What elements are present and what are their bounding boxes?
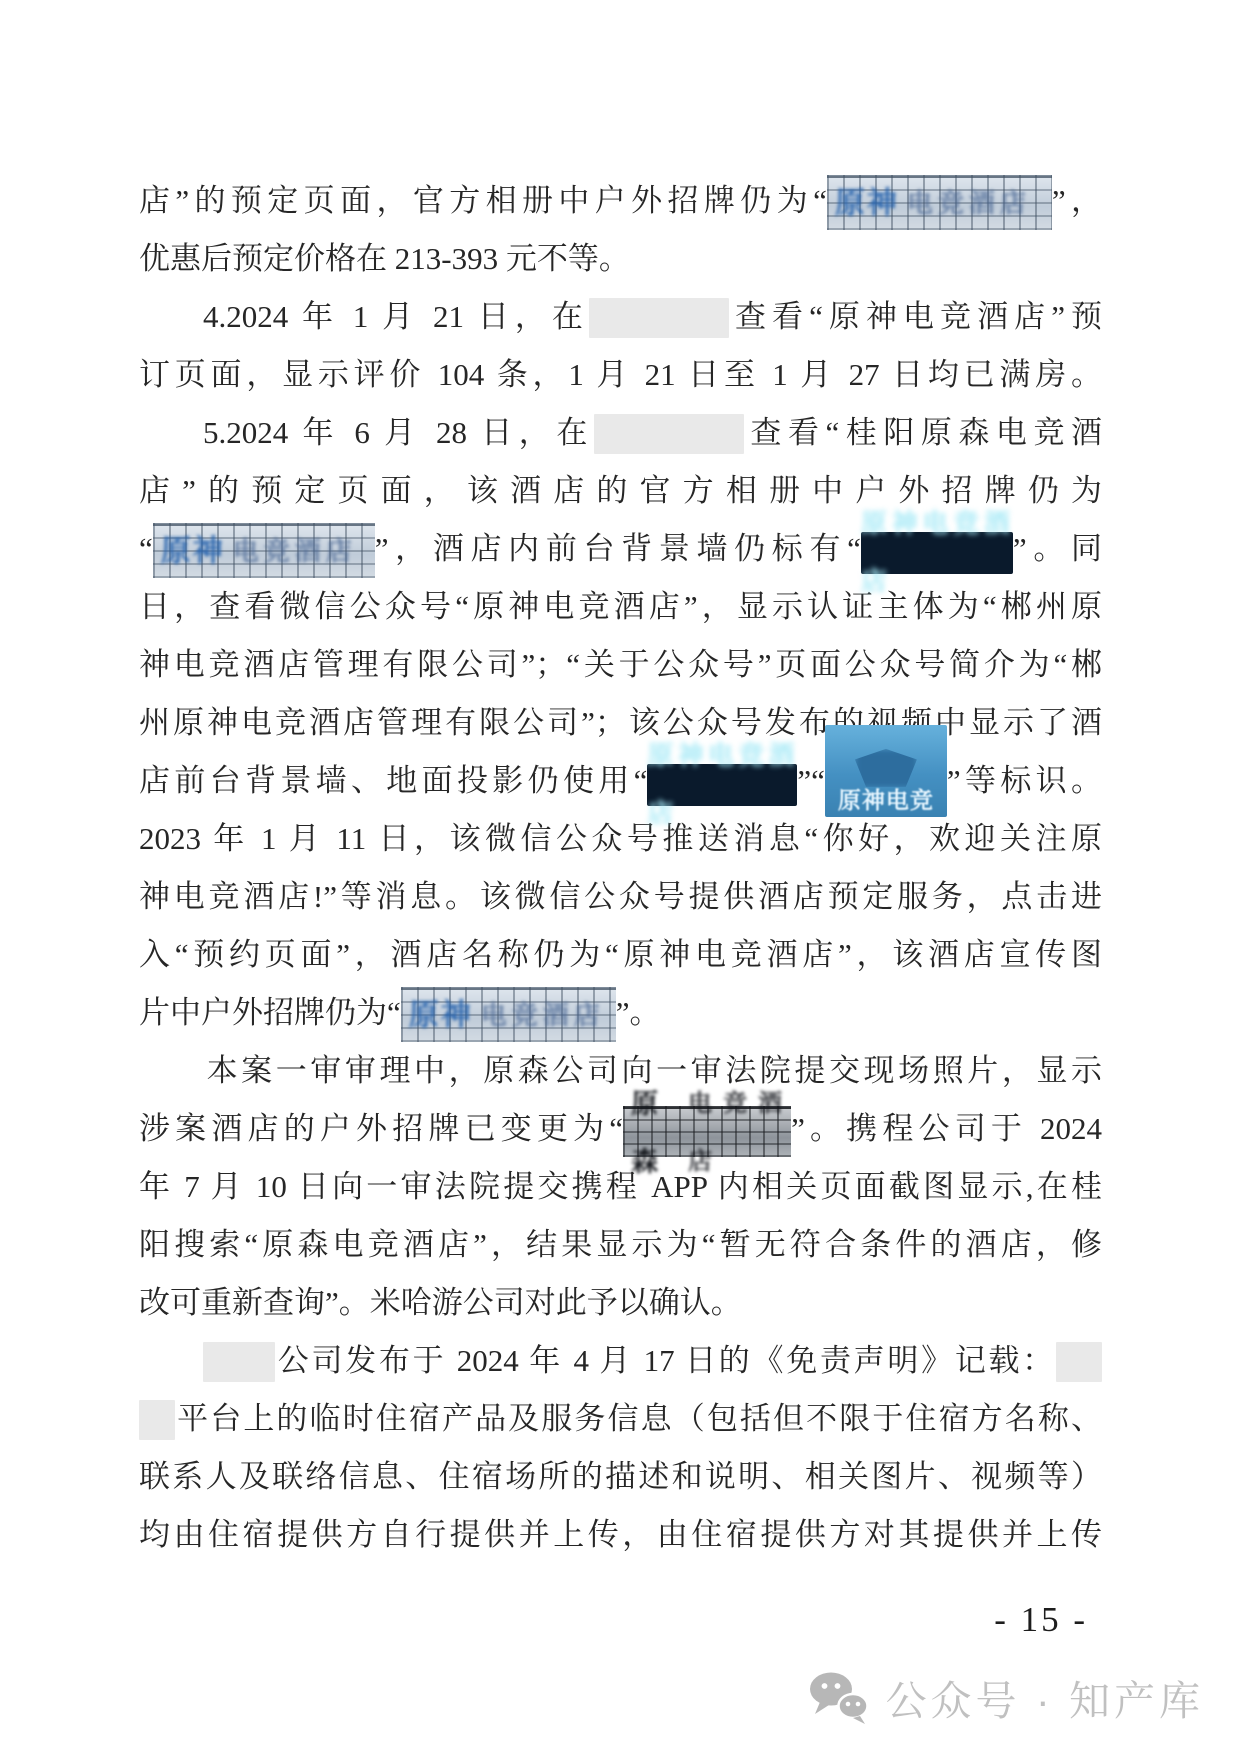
line-text: 年 7 月 10 日向一审法院提交携程 APP 内相关页面截图显示,在桂 xyxy=(139,1169,1102,1204)
line-text: ”， xyxy=(1052,183,1102,218)
line-text: 改可重新查询”。米哈游公司对此予以确认。 xyxy=(139,1285,742,1320)
text-line: 州原神电竞酒店管理有限公司”；该公众号发布的视频中显示了酒 xyxy=(139,694,1102,752)
text-line: 涉案酒店的户外招牌已变更为“原森电竞酒店”。携程公司于 2024 xyxy=(139,1100,1102,1158)
line-text: 联系人及联络信息、住宿场所的描述和说明、相关图片、视频等） xyxy=(139,1459,1102,1494)
line-text: 神电竞酒店!”等消息。该微信公众号提供酒店预定服务，点击进 xyxy=(139,879,1102,914)
text-line: 神电竞酒店管理有限公司”；“关于公众号”页面公众号简介为“郴 xyxy=(139,636,1102,694)
redaction-box xyxy=(139,1400,175,1440)
inline-genshin-esports-logo: 原神电竞 xyxy=(825,767,947,801)
text-line: 4.2024 年 1 月 21 日，在查看“原神电竞酒店”预 xyxy=(139,288,1102,346)
dark-sign-art: 原神电竞酒店 xyxy=(861,532,1013,574)
sign-photo-text: 原神电竞酒店 xyxy=(835,180,1046,228)
line-text: ”“ xyxy=(797,763,825,798)
inline-photo-gray-sign: 原森电竞酒店 xyxy=(623,1115,791,1149)
text-line: 本案一审审理中，原森公司向一审法院提交现场照片，显示 xyxy=(139,1042,1102,1100)
inline-photo-blue-sign: 原神电竞酒店 xyxy=(827,187,1052,221)
text-line: 均由住宿提供方自行提供并上传，由住宿提供方对其提供并上传 xyxy=(139,1506,1102,1564)
redaction-box xyxy=(594,414,744,454)
line-text: 片中户外招牌仍为“ xyxy=(139,995,401,1030)
text-line: 店”的预定页面，官方相册中户外招牌仍为“原神电竞酒店”， xyxy=(139,172,1102,230)
paragraph-indent xyxy=(139,1080,203,1081)
text-line: 改可重新查询”。米哈游公司对此予以确认。 xyxy=(139,1274,1102,1332)
wechat-icon xyxy=(808,1671,870,1725)
line-text: 神电竞酒店管理有限公司”；“关于公众号”页面公众号简介为“郴 xyxy=(139,647,1102,682)
line-text: 阳搜索“原森电竞酒店”，结果显示为“暂无符合条件的酒店，修 xyxy=(139,1227,1102,1262)
document-body: 店”的预定页面，官方相册中户外招牌仍为“原神电竞酒店”，优惠后预定价格在 213… xyxy=(139,172,1102,1564)
text-line: 2023 年 1 月 11 日，该微信公众号推送消息“你好，欢迎关注原 xyxy=(139,810,1102,868)
line-text: 优惠后预定价格在 213-393 元不等。 xyxy=(139,241,630,276)
page-number: - 15 - xyxy=(994,1600,1088,1640)
sign-photo-text: 原神电竞酒店 xyxy=(409,992,610,1040)
text-line: 阳搜索“原森电竞酒店”，结果显示为“暂无符合条件的酒店，修 xyxy=(139,1216,1102,1274)
line-text: 2023 年 1 月 11 日，该微信公众号推送消息“你好，欢迎关注原 xyxy=(139,821,1102,856)
text-line: 优惠后预定价格在 213-393 元不等。 xyxy=(139,230,1102,288)
sign-photo-text: 原神电竞酒店 xyxy=(161,528,369,576)
line-text: 查看“桂阳原森电竞酒 xyxy=(744,415,1102,450)
text-line: “原神电竞酒店”，酒店内前台背景墙仍标有“原神电竞酒店”。同 xyxy=(139,520,1102,578)
text-line: 订页面，显示评价 104 条，1 月 21 日至 1 月 27 日均已满房。 xyxy=(139,346,1102,404)
text-line: 神电竞酒店!”等消息。该微信公众号提供酒店预定服务，点击进 xyxy=(139,868,1102,926)
text-line: 平台上的临时住宿产品及服务信息（包括但不限于住宿方名称、 xyxy=(139,1390,1102,1448)
text-line: 入“预约页面”，酒店名称仍为“原神电竞酒店”，该酒店宣传图 xyxy=(139,926,1102,984)
line-text: “ xyxy=(139,531,153,566)
redaction-box xyxy=(1056,1342,1102,1382)
sign-photo-art: 原森电竞酒店 xyxy=(623,1106,791,1157)
watermark-text: 公众号 · 知产库 xyxy=(886,1668,1204,1727)
line-text: ”，酒店内前台背景墙仍标有“ xyxy=(375,531,861,566)
line-text: 5.2024 年 6 月 28 日，在 xyxy=(203,415,594,450)
dark-sign-text: 原神电竞酒店 xyxy=(861,495,1013,611)
line-text: ”。 xyxy=(616,995,661,1030)
logo-text: 原神电竞 xyxy=(838,789,934,812)
line-text: 涉案酒店的户外招牌已变更为“ xyxy=(139,1111,623,1146)
inline-photo-blue-sign: 原神电竞酒店 xyxy=(153,535,375,569)
line-text: 入“预约页面”，酒店名称仍为“原神电竞酒店”，该酒店宣传图 xyxy=(139,937,1102,972)
document-page: 店”的预定页面，官方相册中户外招牌仍为“原神电竞酒店”，优惠后预定价格在 213… xyxy=(0,0,1240,1754)
line-text: ”。同 xyxy=(1013,531,1102,566)
text-line: 年 7 月 10 日向一审法院提交携程 APP 内相关页面截图显示,在桂 xyxy=(139,1158,1102,1216)
paragraph-indent xyxy=(139,326,203,327)
inline-dark-sign-photo: 原神电竞酒店 xyxy=(647,767,797,801)
dark-sign-art: 原神电竞酒店 xyxy=(647,764,797,806)
sign-photo-art: 原神电竞酒店 xyxy=(827,175,1052,230)
line-text: 均由住宿提供方自行提供并上传，由住宿提供方对其提供并上传 xyxy=(139,1517,1102,1552)
dark-sign-text: 原神电竞酒店 xyxy=(647,727,797,843)
text-line: 店前台背景墙、地面投影仍使用“原神电竞酒店”“原神电竞”等标识。 xyxy=(139,752,1102,810)
line-text: 公司发布于 2024 年 4 月 17 日的《免责声明》记载： xyxy=(275,1343,1056,1378)
sign-photo-art: 原神电竞酒店 xyxy=(153,523,375,578)
logo-art: 原神电竞 xyxy=(825,725,947,817)
line-text: 州原神电竞酒店管理有限公司”；该公众号发布的视频中显示了酒 xyxy=(139,705,1102,740)
redaction-box xyxy=(589,298,729,338)
logo-emblem-icon xyxy=(855,749,917,787)
line-text: ”。携程公司于 2024 xyxy=(791,1111,1102,1146)
sign-photo-text: 原森电竞酒店 xyxy=(631,1111,785,1155)
redaction-box xyxy=(203,1342,275,1382)
text-line: 5.2024 年 6 月 28 日，在查看“桂阳原森电竞酒 xyxy=(139,404,1102,462)
line-text: 查看“原神电竞酒店”预 xyxy=(729,299,1102,334)
line-text: ”等标识。 xyxy=(947,763,1102,798)
line-text: 店”的预定页面，官方相册中户外招牌仍为“ xyxy=(139,183,827,218)
text-line: 联系人及联络信息、住宿场所的描述和说明、相关图片、视频等） xyxy=(139,1448,1102,1506)
line-text: 4.2024 年 1 月 21 日，在 xyxy=(203,299,589,334)
inline-dark-sign-photo: 原神电竞酒店 xyxy=(861,535,1013,569)
line-text: 订页面，显示评价 104 条，1 月 21 日至 1 月 27 日均已满房。 xyxy=(139,357,1102,392)
paragraph-indent xyxy=(139,442,203,443)
text-line: 公司发布于 2024 年 4 月 17 日的《免责声明》记载： xyxy=(139,1332,1102,1390)
watermark: 公众号 · 知产库 xyxy=(808,1668,1204,1727)
sign-photo-art: 原神电竞酒店 xyxy=(401,987,616,1042)
paragraph-indent xyxy=(139,1370,203,1371)
line-text: 店前台背景墙、地面投影仍使用“ xyxy=(139,763,647,798)
text-line: 片中户外招牌仍为“原神电竞酒店”。 xyxy=(139,984,1102,1042)
inline-photo-blue-sign: 原神电竞酒店 xyxy=(401,999,616,1033)
line-text: 平台上的临时住宿产品及服务信息（包括但不限于住宿方名称、 xyxy=(175,1401,1102,1436)
